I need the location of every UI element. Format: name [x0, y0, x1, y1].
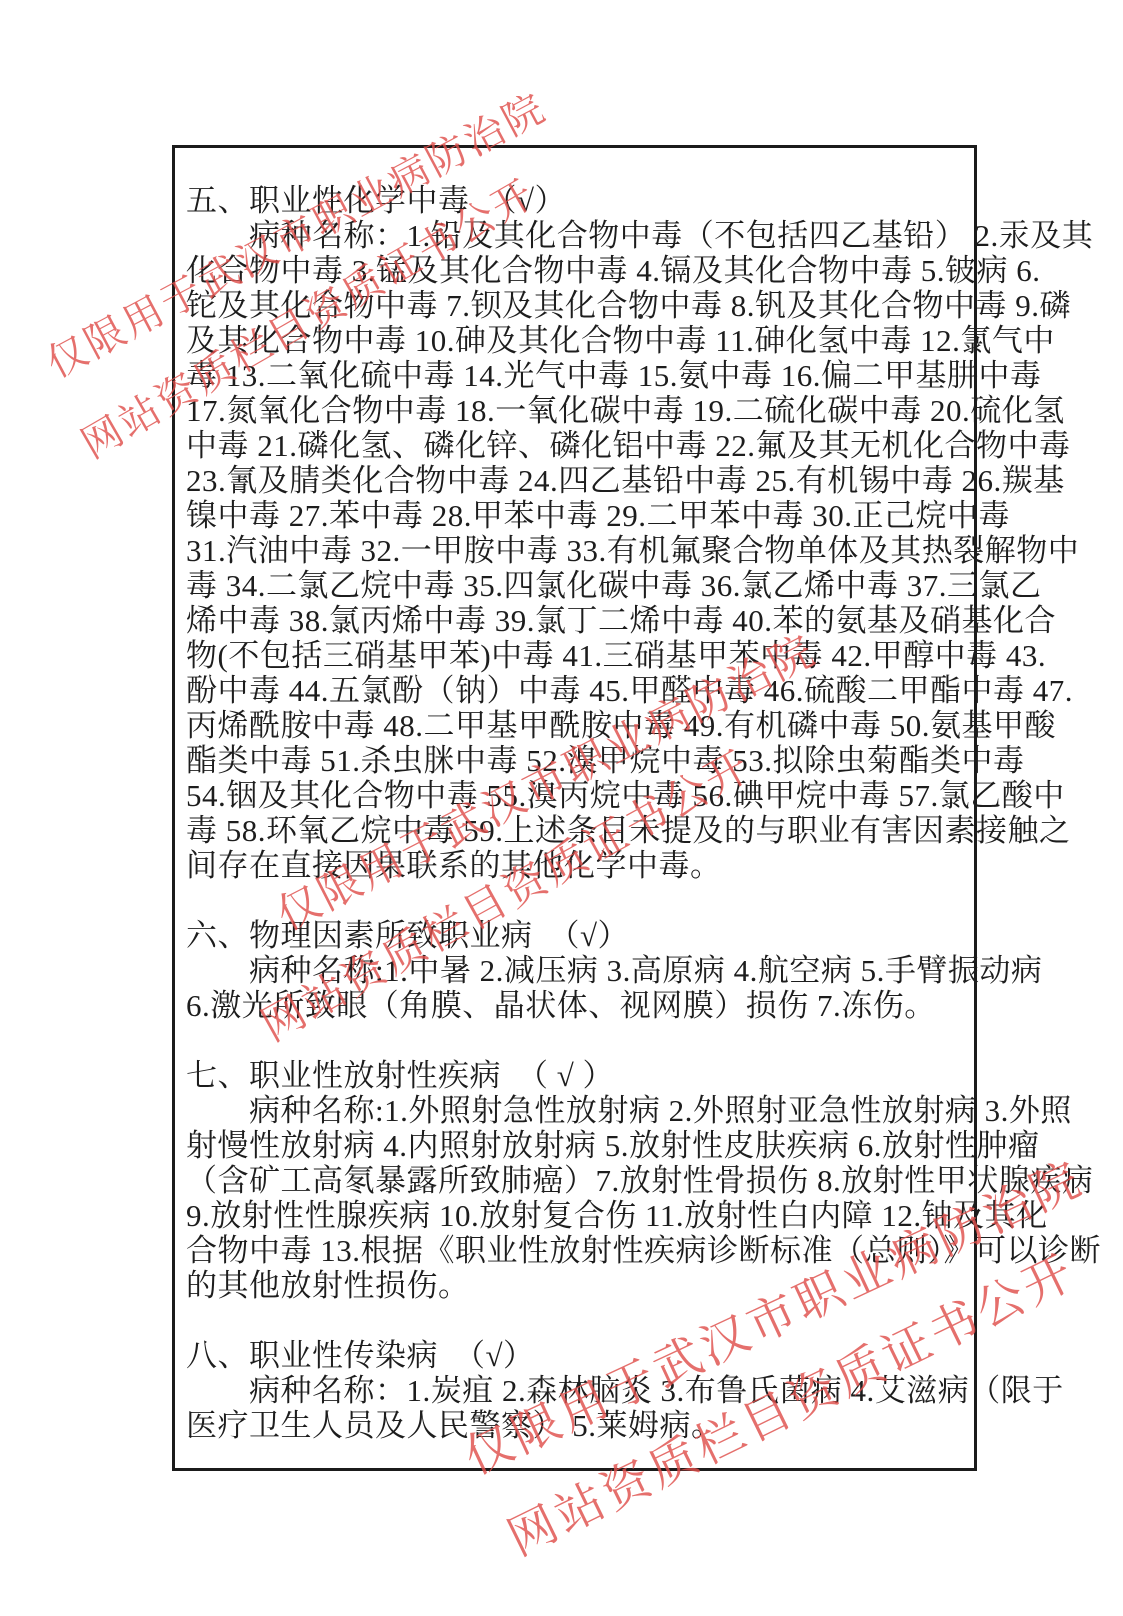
text-line: 的其他放射性损伤。 — [186, 1268, 966, 1303]
text-line: 6.激光所致眼（角膜、晶状体、视网膜）损伤 7.冻伤。 — [186, 988, 966, 1023]
text-line: 中毒 21.磷化氢、磷化锌、磷化铝中毒 22.氟及其无机化合物中毒 — [186, 428, 966, 463]
text-line: 23.氰及腈类化合物中毒 24.四乙基铅中毒 25.有机锡中毒 26.羰基 — [186, 463, 966, 498]
scanned-document-page: 五、职业性化学中毒 （√） 病种名称：1.铅及其化合物中毒（不包括四乙基铅） 2… — [0, 0, 1123, 1616]
document-content: 五、职业性化学中毒 （√） 病种名称：1.铅及其化合物中毒（不包括四乙基铅） 2… — [186, 183, 966, 1443]
scan-artifact-dot — [638, 314, 643, 319]
text-line: 及其化合物中毒 10.砷及其化合物中毒 11.砷化氢中毒 12.氯气中 — [186, 323, 966, 358]
section-occupational-radiation-diseases: 七、职业性放射性疾病 （ √ ） 病种名称:1.外照射急性放射病 2.外照射亚急… — [186, 1058, 966, 1303]
text-line: 镍中毒 27.苯中毒 28.甲苯中毒 29.二甲苯中毒 30.正己烷中毒 — [186, 498, 966, 533]
section-heading: 七、职业性放射性疾病 （ √ ） — [186, 1058, 966, 1093]
text-line: 54.铟及其化合物中毒 55.溴丙烷中毒 56.碘甲烷中毒 57.氯乙酸中 — [186, 778, 966, 813]
text-line: 毒 34.二氯乙烷中毒 35.四氯化碳中毒 36.氯乙烯中毒 37.三氯乙 — [186, 568, 966, 603]
text-line: 病种名称:1.外照射急性放射病 2.外照射亚急性放射病 3.外照 — [186, 1093, 966, 1128]
text-line: 17.氮氧化合物中毒 18.一氧化碳中毒 19.二硫化碳中毒 20.硫化氢 — [186, 393, 966, 428]
section-heading: 六、物理因素所致职业病 （√） — [186, 918, 966, 953]
text-line: 酚中毒 44.五氯酚（钠）中毒 45.甲醛中毒 46.硫酸二甲酯中毒 47. — [186, 673, 966, 708]
text-line: 医疗卫生人员及人民警察） 5.莱姆病。 — [186, 1408, 966, 1443]
text-line: 射慢性放射病 4.内照射放射病 5.放射性皮肤疾病 6.放射性肿瘤 — [186, 1128, 966, 1163]
text-line: 毒 58.环氧乙烷中毒 59.上述条目未提及的与职业有害因素接触之 — [186, 813, 966, 848]
text-line: 化合物中毒 3.锰及其化合物中毒 4.镉及其化合物中毒 5.铍病 6. — [186, 253, 966, 288]
section-physical-factor-diseases: 六、物理因素所致职业病 （√） 病种名称:1.中暑 2.减压病 3.高原病 4.… — [186, 918, 966, 1023]
section-heading: 五、职业性化学中毒 （√） — [186, 183, 966, 218]
text-line: 病种名称：1.炭疽 2.森林脑炎 3.布鲁氏菌病 4.艾滋病（限于 — [186, 1373, 966, 1408]
text-line: 毒 13.二氧化硫中毒 14.光气中毒 15.氨中毒 16.偏二甲基肼中毒 — [186, 358, 966, 393]
text-line: 31.汽油中毒 32.一甲胺中毒 33.有机氟聚合物单体及其热裂解物中 — [186, 533, 966, 568]
section-occupational-infectious-diseases: 八、职业性传染病 （√） 病种名称：1.炭疽 2.森林脑炎 3.布鲁氏菌病 4.… — [186, 1338, 966, 1443]
text-line: 酯类中毒 51.杀虫脒中毒 52.溴甲烷中毒 53.拟除虫菊酯类中毒 — [186, 743, 966, 778]
text-line: 物(不包括三硝基甲苯)中毒 41.三硝基甲苯中毒 42.甲醇中毒 43. — [186, 638, 966, 673]
section-occupational-chemical-poisoning: 五、职业性化学中毒 （√） 病种名称：1.铅及其化合物中毒（不包括四乙基铅） 2… — [186, 183, 966, 883]
text-line: 丙烯酰胺中毒 48.二甲基甲酰胺中毒 49.有机磷中毒 50.氨基甲酸 — [186, 708, 966, 743]
text-line: 病种名称：1.铅及其化合物中毒（不包括四乙基铅） 2.汞及其 — [186, 218, 966, 253]
text-line: 合物中毒 13.根据《职业性放射性疾病诊断标准（总则）》可以诊断 — [186, 1233, 966, 1268]
text-line: 间存在直接因果联系的其他化学中毒。 — [186, 848, 966, 883]
section-heading: 八、职业性传染病 （√） — [186, 1338, 966, 1373]
text-line: 烯中毒 38.氯丙烯中毒 39.氯丁二烯中毒 40.苯的氨基及硝基化合 — [186, 603, 966, 638]
text-line: 9.放射性性腺疾病 10.放射复合伤 11.放射性白内障 12.铀及其化 — [186, 1198, 966, 1233]
text-line: （含矿工高氡暴露所致肺癌）7.放射性骨损伤 8.放射性甲状腺疾病 — [186, 1163, 966, 1198]
text-line: 病种名称:1.中暑 2.减压病 3.高原病 4.航空病 5.手臂振动病 — [186, 953, 966, 988]
text-line: 铊及其化合物中毒 7.钡及其化合物中毒 8.钒及其化合物中毒 9.磷 — [186, 288, 966, 323]
